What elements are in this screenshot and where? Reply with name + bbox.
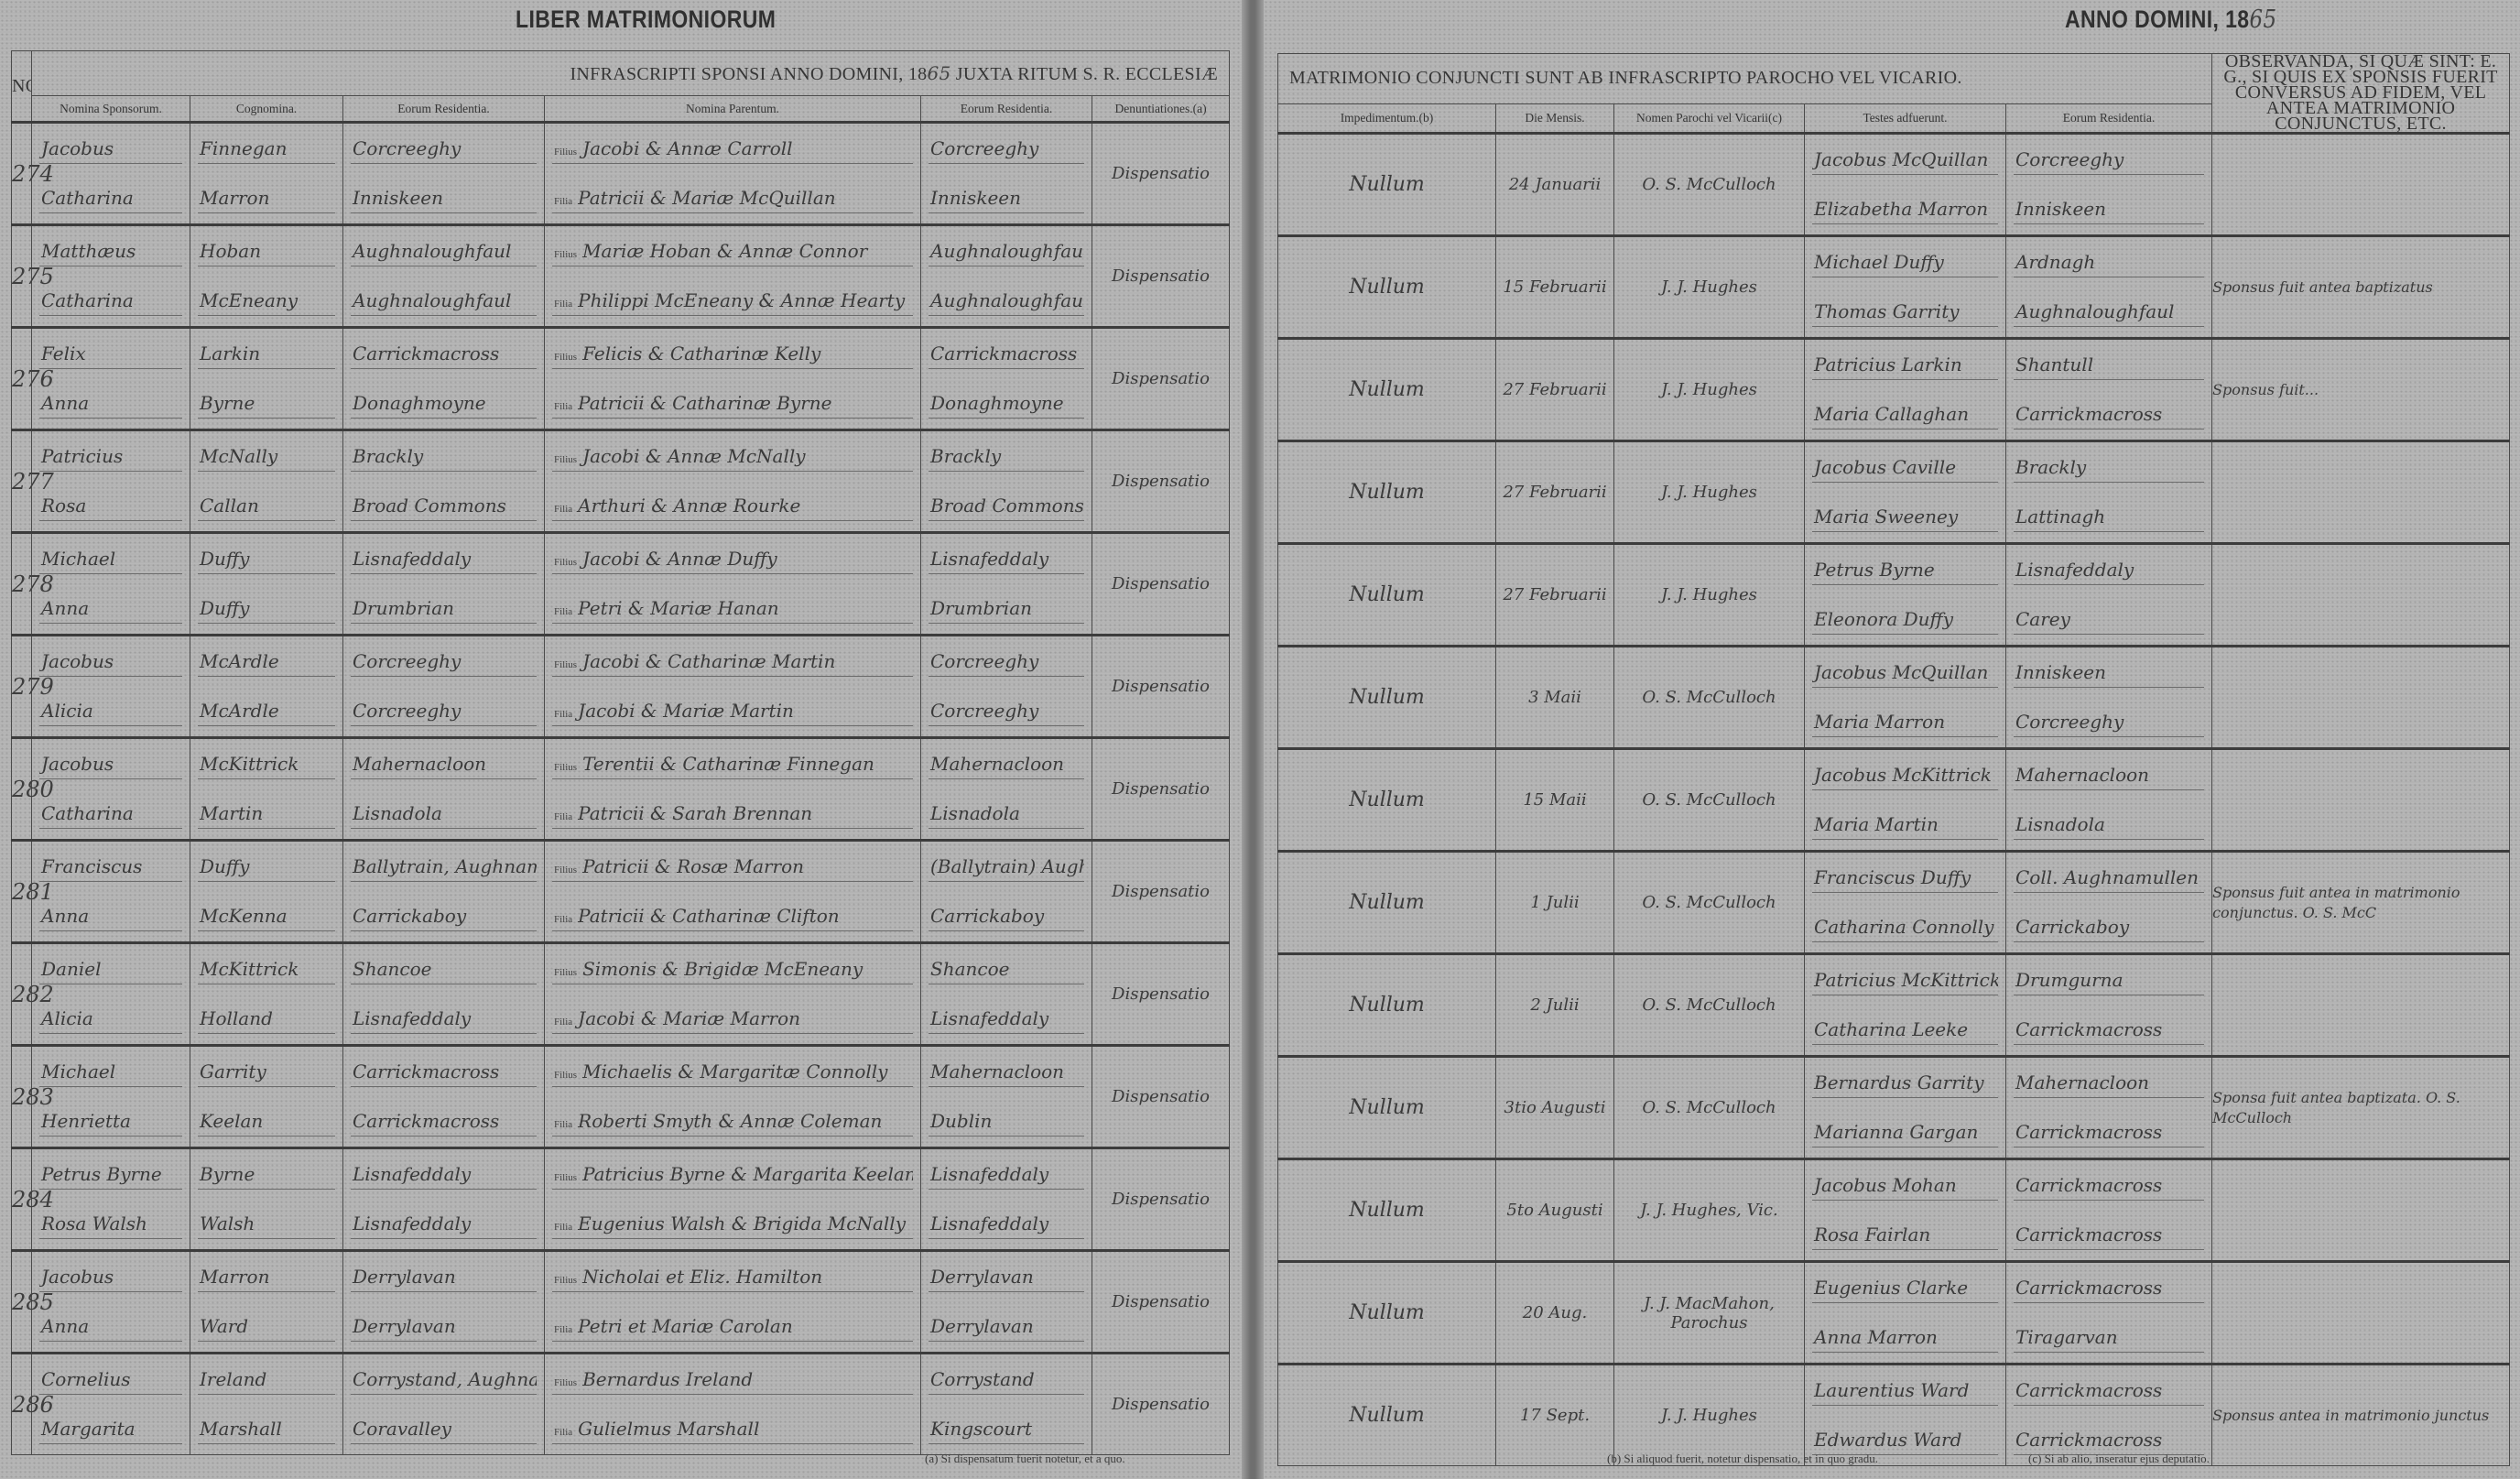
entry-number: 279 — [12, 674, 54, 700]
filia-label: Filia — [554, 606, 572, 617]
residence-cell: CarrickmacrossCarrickmacross — [343, 1046, 545, 1148]
denuntiationes-value: Dispensatio — [1112, 677, 1210, 696]
witness-residences-lower: Carrickmacross — [2015, 1018, 2162, 1040]
die-mensis-cell: 27 Februarii — [1496, 544, 1614, 647]
spouse-names-cell: MatthæusCatharina — [32, 225, 190, 328]
register-entry-left: 281FranciscusAnnaDuffyMcKennaBallytrain,… — [12, 841, 1230, 943]
witnesses-cell: Michael DuffyThomas Garrity — [1805, 236, 2006, 339]
parents-residence-cell: LisnafeddalyDrumbrian — [921, 533, 1092, 636]
denuntiationes-value: Dispensatio — [1112, 369, 1210, 388]
register-entry-right: Nullum27 FebruariiJ. J. HughesPetrus Byr… — [1278, 544, 2510, 647]
entry-number-cell: 276 — [12, 328, 32, 430]
witness-residences: MahernacloonCarrickmacross — [2006, 1058, 2211, 1158]
witness-names-lower: Thomas Garrity — [1814, 300, 1960, 322]
witness-names: Jacobus CavilleMaria Sweeney — [1805, 442, 2005, 542]
spouse-residences: LisnafeddalyLisnafeddaly — [343, 1149, 544, 1249]
die-mensis-cell: 24 Januarii — [1496, 134, 1614, 236]
spouse-surnames: LarkinByrne — [190, 329, 342, 429]
column-header-nomina-sponsorum: Nomina Sponsorum. — [32, 96, 190, 123]
parents-cell: FiliusJacobi & Annæ McNallyFiliaArthuri … — [545, 430, 921, 533]
surnames-cell: McKittrickMartin — [190, 738, 343, 841]
priest-name: O. S. McCulloch — [1642, 893, 1776, 912]
witness-names-lower: Catharina Leeke — [1814, 1018, 1968, 1040]
parents-residence-cell: CarrickmacrossDonaghmoyne — [921, 328, 1092, 430]
register-entry-left: 277PatriciusRosaMcNallyCallanBracklyBroa… — [12, 430, 1230, 533]
column-header-witness-residentia: Eorum Residentia. — [2006, 103, 2212, 133]
witness-residences-lower: Carrickmacross — [2015, 1121, 2162, 1143]
witness-names: Patricius McKittrickCatharina Leeke — [1805, 955, 2005, 1055]
spouse-surnames: MarronWard — [190, 1252, 342, 1352]
spouse-names-cell: JacobusAnna — [32, 1251, 190, 1354]
parents-residence-cell: DerrylavanDerrylavan — [921, 1251, 1092, 1354]
residence-cell: BracklyBroad Commons — [343, 430, 545, 533]
spouse-residences-upper: Lisnafeddaly — [353, 1163, 471, 1185]
entry-number: 280 — [12, 777, 54, 802]
witness-residences: CarrickmacrossCarrickmacross — [2006, 1160, 2211, 1260]
parochus-cell: J. J. Hughes — [1614, 1365, 1805, 1466]
register-entry-left: 278MichaelAnnaDuffyDuffyLisnafeddalyDrum… — [12, 533, 1230, 636]
parent-residences-upper: Mahernacloon — [930, 1060, 1064, 1082]
residence-cell: LisnafeddalyLisnafeddaly — [343, 1148, 545, 1251]
register-entry-left: 283MichaelHenriettaGarrityKeelanCarrickm… — [12, 1046, 1230, 1148]
parent-names: FiliusPatricius Byrne & Margarita Keelan… — [545, 1149, 920, 1249]
residence-cell: LisnafeddalyDrumbrian — [343, 533, 545, 636]
witness-residences-lower: Carrickmacross — [2015, 1429, 2162, 1451]
spouse-names-cell: DanielAlicia — [32, 943, 190, 1046]
impedimentum-cell: Nullum — [1278, 954, 1496, 1057]
entry-number-cell: 285 — [12, 1251, 32, 1354]
spouse-names-upper: Jacobus — [41, 753, 114, 775]
parents-cell: FiliusJacobi & Annæ CarrollFiliaPatricii… — [545, 123, 921, 225]
filia-label: Filia — [554, 196, 572, 207]
left-register-table: No. INFRASCRIPTI SPONSI ANNO DOMINI, 186… — [11, 50, 1230, 1455]
spouse-names-cell: MichaelHenrietta — [32, 1046, 190, 1148]
parent-residences: LisnafeddalyLisnafeddaly — [921, 1149, 1092, 1249]
witnesses-cell: Jacobus CavilleMaria Sweeney — [1805, 441, 2006, 544]
denuntiationes-cell: Dispensatio — [1092, 225, 1230, 328]
parent-residences-upper: Aughnaloughfaul — [930, 240, 1084, 262]
spouse-names-upper: Jacobus — [41, 650, 114, 672]
parochus-cell: J. J. Hughes, Vic. — [1614, 1159, 1805, 1262]
column-header-observanda: Observanda, si quæ sint: e. g., si quis … — [2212, 54, 2510, 134]
parent-names: FiliusTerentii & Catharinæ FinneganFilia… — [545, 739, 920, 839]
spouse-residences: CorcreeghyCorcreeghy — [343, 636, 544, 736]
spouse-names-lower: Anna — [41, 1315, 89, 1337]
filius-label: Filius — [554, 249, 577, 260]
parent-names: FiliusFelicis & Catharinæ KellyFiliaPatr… — [545, 329, 920, 429]
entry-number: 275 — [12, 264, 54, 289]
column-header-impedimentum: Impedimentum.(b) — [1278, 103, 1496, 133]
register-entry-left: 275MatthæusCatharinaHobanMcEneanyAughnal… — [12, 225, 1230, 328]
spouse-names: PatriciusRosa — [32, 431, 190, 531]
parents-cell: FiliusJacobi & Catharinæ MartinFiliaJaco… — [545, 636, 921, 738]
witness-names: Jacobus McQuillanMaria Marron — [1805, 647, 2005, 747]
residence-cell: DerrylavanDerrylavan — [343, 1251, 545, 1354]
impedimentum-cell: Nullum — [1278, 236, 1496, 339]
left-running-head: LIBER MATRIMONIORUM — [516, 5, 776, 34]
impedimentum-value: Nullum — [1349, 891, 1425, 914]
spouse-surnames: FinneganMarron — [190, 124, 342, 223]
register-entry-right: Nullum27 FebruariiJ. J. HughesJacobus Ca… — [1278, 441, 2510, 544]
parent-names-upper: Felicis & Catharinæ Kelly — [582, 343, 820, 364]
observanda-cell — [2212, 749, 2510, 852]
die-mensis-cell: 27 Februarii — [1496, 339, 1614, 441]
spouse-residences-lower: Coravalley — [353, 1418, 451, 1440]
parent-names: FiliusNicholai et Eliz. HamiltonFiliaPet… — [545, 1252, 920, 1352]
parent-names-lower: Jacobi & Mariæ Martin — [578, 700, 794, 722]
witness-residence-cell: CarrickmacrossCarrickmacross — [2006, 1159, 2212, 1262]
denuntiationes-cell: Dispensatio — [1092, 1046, 1230, 1148]
spouse-surnames-upper: Byrne — [200, 1163, 255, 1185]
parent-residences-upper: (Ballytrain) Aughnamullen — [930, 855, 1084, 877]
witness-residences-upper: Inniskeen — [2015, 661, 2106, 683]
witness-residence-cell: BracklyLattinagh — [2006, 441, 2212, 544]
spouse-residences-upper: Carrickmacross — [353, 343, 499, 364]
surnames-cell: McArdleMcArdle — [190, 636, 343, 738]
die-mensis-cell: 20 Aug. — [1496, 1262, 1614, 1365]
observanda-value: Sponsus fuit antea baptizatus — [2212, 278, 2433, 296]
denuntiationes-value: Dispensatio — [1112, 984, 1210, 1004]
witness-names-lower: Rosa Fairlan — [1814, 1223, 1930, 1245]
witness-residence-cell: InniskeenCorcreeghy — [2006, 647, 2212, 749]
impedimentum-cell: Nullum — [1278, 1262, 1496, 1365]
witness-names-upper: Patricius Larkin — [1814, 353, 1962, 375]
impedimentum-value: Nullum — [1349, 994, 1425, 1017]
witness-residences-upper: Coll. Aughnamullen — [2015, 866, 2199, 888]
observanda-cell: Sponsus fuit antea baptizatus — [2212, 236, 2510, 339]
spouse-residences-lower: Donaghmoyne — [353, 392, 486, 414]
register-entry-left: 285JacobusAnnaMarronWardDerrylavanDerryl… — [12, 1251, 1230, 1354]
spouse-surnames: DuffyMcKenna — [190, 842, 342, 941]
parochus-cell: J. J. MacMahon, Parochus — [1614, 1262, 1805, 1365]
witness-residences: ShantullCarrickmacross — [2006, 340, 2211, 440]
spouse-residences-lower: Lisnadola — [353, 802, 442, 824]
observanda-value: Sponsus fuit... — [2212, 381, 2319, 398]
filius-label: Filius — [554, 762, 577, 773]
spouse-residences-lower: Drumbrian — [353, 597, 454, 619]
spouse-names-lower: Catharina — [41, 802, 134, 824]
spouse-names-upper: Petrus Byrne — [41, 1163, 162, 1185]
denuntiationes-value: Dispensatio — [1112, 779, 1210, 799]
witness-names-upper: Franciscus Duffy — [1814, 866, 1971, 888]
witness-names-lower: Maria Marron — [1814, 711, 1945, 733]
spouse-surnames-upper: Larkin — [200, 343, 260, 364]
filia-label: Filia — [554, 401, 572, 412]
spouse-surnames: McArdleMcArdle — [190, 636, 342, 736]
witness-residences: DrumgurnaCarrickmacross — [2006, 955, 2211, 1055]
register-entry-left: 282DanielAliciaMcKittrickHollandShancoeL… — [12, 943, 1230, 1046]
observanda-cell — [2212, 441, 2510, 544]
right-running-head-prefix: ANNO DOMINI, 18 — [2065, 5, 2249, 33]
impedimentum-cell: Nullum — [1278, 544, 1496, 647]
parent-residences: AughnaloughfaulAughnaloughfaul — [921, 226, 1092, 326]
parochus-cell: O. S. McCulloch — [1614, 134, 1805, 236]
witness-names: Patricius LarkinMaria Callaghan — [1805, 340, 2005, 440]
spouse-surnames-upper: Finnegan — [200, 137, 287, 159]
register-entry-right: Nullum3 MaiiO. S. McCullochJacobus McQui… — [1278, 647, 2510, 749]
parents-residence-cell: CorcreeghyCorcreeghy — [921, 636, 1092, 738]
parent-names-upper: Patricius Byrne & Margarita Keelan — [582, 1163, 913, 1185]
column-header-denuntiationes: Denuntiationes.(a) — [1092, 96, 1230, 123]
spouse-names: MichaelAnna — [32, 534, 190, 634]
right-running-head: ANNO DOMINI, 1865 — [2065, 5, 2277, 34]
spouse-residences-lower: Broad Commons — [353, 495, 506, 517]
filius-label: Filius — [554, 967, 577, 978]
denuntiationes-value: Dispensatio — [1112, 266, 1210, 286]
parent-names-upper: Simonis & Brigidæ McEneany — [582, 958, 863, 980]
witness-residence-cell: MahernacloonLisnadola — [2006, 749, 2212, 852]
spouse-names-cell: CorneliusMargarita — [32, 1354, 190, 1455]
spouse-surnames-lower: McKenna — [200, 905, 288, 927]
die-mensis-cell: 15 Maii — [1496, 749, 1614, 852]
witness-names-lower: Eleonora Duffy — [1814, 608, 1953, 630]
witness-residence-cell: CarrickmacrossTiragarvan — [2006, 1262, 2212, 1365]
spouse-surnames-lower: Keelan — [200, 1110, 263, 1132]
parent-names-upper: Jacobi & Annæ Carroll — [582, 137, 792, 159]
observanda-cell — [2212, 647, 2510, 749]
witness-residences-lower: Carrickaboy — [2015, 916, 2129, 938]
denuntiationes-cell: Dispensatio — [1092, 738, 1230, 841]
date-value: 1 Julii — [1530, 893, 1579, 912]
parochus-cell: J. J. Hughes — [1614, 441, 1805, 544]
register-entry-right: Nullum2 JuliiO. S. McCullochPatricius Mc… — [1278, 954, 2510, 1057]
witness-residences-upper: Brackly — [2015, 456, 2086, 478]
parent-names-lower: Roberti Smyth & Annæ Coleman — [578, 1110, 882, 1132]
denuntiationes-value: Dispensatio — [1112, 1190, 1210, 1209]
spouse-names-upper: Jacobus — [41, 1266, 114, 1288]
witness-residences-lower: Carrickmacross — [2015, 1223, 2162, 1245]
residence-cell: CarrickmacrossDonaghmoyne — [343, 328, 545, 430]
entry-number: 278 — [12, 571, 54, 597]
spouse-residences-upper: Aughnaloughfaul — [353, 240, 511, 262]
entry-number: 282 — [12, 982, 54, 1007]
spouse-names: MatthæusCatharina — [32, 226, 190, 326]
witness-residences: InniskeenCorcreeghy — [2006, 647, 2211, 747]
column-header-nomina-parentum: Nomina Parentum. — [545, 96, 921, 123]
die-mensis-cell: 1 Julii — [1496, 852, 1614, 954]
spouse-residences-lower: Corcreeghy — [353, 700, 461, 722]
denuntiationes-cell: Dispensatio — [1092, 123, 1230, 225]
die-mensis-cell: 17 Sept. — [1496, 1365, 1614, 1466]
priest-name: J. J. MacMahon, Parochus — [1644, 1294, 1775, 1332]
filia-label: Filia — [554, 504, 572, 515]
parents-residence-cell: CorrystandKingscourt — [921, 1354, 1092, 1455]
spouse-names-upper: Felix — [41, 343, 86, 364]
column-header-parents-residentia: Eorum Residentia. — [921, 96, 1092, 123]
parent-names-lower: Philippi McEneany & Annæ Hearty — [578, 289, 905, 311]
observanda-value: Sponsus fuit antea in matrimonio conjunc… — [2212, 884, 2460, 921]
spouse-names-upper: Michael — [41, 1060, 115, 1082]
spouse-surnames: McKittrickHolland — [190, 944, 342, 1044]
parochus-cell: O. S. McCulloch — [1614, 1057, 1805, 1159]
spouse-residences: AughnaloughfaulAughnaloughfaul — [343, 226, 544, 326]
parent-residences-lower: Inniskeen — [930, 187, 1021, 209]
register-entry-right: Nullum15 FebruariiJ. J. HughesMichael Du… — [1278, 236, 2510, 339]
priest-name: J. J. Hughes, Vic. — [1640, 1201, 1778, 1220]
parents-cell: FiliusJacobi & Annæ DuffyFiliaPetri & Ma… — [545, 533, 921, 636]
parent-residences-upper: Corrystand — [930, 1368, 1035, 1390]
parent-residences-lower: Carrickaboy — [930, 905, 1044, 927]
impedimentum-cell: Nullum — [1278, 1057, 1496, 1159]
spouse-residences: ShancoeLisnafeddaly — [343, 944, 544, 1044]
filia-label: Filia — [554, 1119, 572, 1130]
entry-number-cell: 286 — [12, 1354, 32, 1455]
surnames-cell: GarrityKeelan — [190, 1046, 343, 1148]
footnote-a: (a) Si dispensatum fuerit notetur, et a … — [925, 1452, 1125, 1466]
column-header-cognomina: Cognomina. — [190, 96, 343, 123]
spouse-surnames-upper: McKittrick — [200, 753, 299, 775]
witness-names-upper: Petrus Byrne — [1814, 559, 1935, 581]
register-entry-left: 276FelixAnnaLarkinByrneCarrickmacrossDon… — [12, 328, 1230, 430]
parents-residence-cell: LisnafeddalyLisnafeddaly — [921, 1148, 1092, 1251]
impedimentum-cell: Nullum — [1278, 441, 1496, 544]
parochus-cell: O. S. McCulloch — [1614, 647, 1805, 749]
spouse-surnames-lower: Marshall — [200, 1418, 282, 1440]
filius-label: Filius — [554, 557, 577, 568]
residence-cell: CorcreeghyInniskeen — [343, 123, 545, 225]
entry-number: 286 — [12, 1392, 54, 1418]
witness-residence-cell: ArdnaghAughnaloughfaul — [2006, 236, 2212, 339]
filius-label: Filius — [554, 454, 577, 465]
witness-residence-cell: Coll. AughnamullenCarrickaboy — [2006, 852, 2212, 954]
parent-names: FiliusJacobi & Catharinæ MartinFiliaJaco… — [545, 636, 920, 736]
spouse-residences-upper: Lisnafeddaly — [353, 548, 471, 570]
spouse-names: JacobusAlicia — [32, 636, 190, 736]
spouse-names-upper: Franciscus — [41, 855, 142, 877]
entry-number: 277 — [12, 469, 54, 495]
witness-names-lower: Maria Callaghan — [1814, 403, 1969, 425]
date-value: 27 Februarii — [1503, 483, 1606, 502]
register-entry-right: Nullum1 JuliiO. S. McCullochFranciscus D… — [1278, 852, 2510, 954]
entry-number-cell: 281 — [12, 841, 32, 943]
column-header-residentia: Eorum Residentia. — [343, 96, 545, 123]
register-entry-right: Nullum15 MaiiO. S. McCullochJacobus McKi… — [1278, 749, 2510, 852]
witness-names-upper: Patricius McKittrick — [1814, 969, 1998, 991]
spouse-names-cell: JacobusAlicia — [32, 636, 190, 738]
spouse-names: FelixAnna — [32, 329, 190, 429]
witness-names-upper: Jacobus McQuillan — [1814, 661, 1988, 683]
parent-residences-lower: Drumbrian — [930, 597, 1032, 619]
parent-residences-lower: Derrylavan — [930, 1315, 1034, 1337]
parent-names-upper: Bernardus Ireland — [582, 1368, 753, 1390]
witness-residence-cell: LisnafeddalyCarey — [2006, 544, 2212, 647]
denuntiationes-cell: Dispensatio — [1092, 533, 1230, 636]
witness-residences-lower: Carrickmacross — [2015, 403, 2162, 425]
observanda-value: Sponsus antea in matrimonio junctus — [2212, 1407, 2489, 1424]
spouse-residences-lower: Carrickmacross — [353, 1110, 499, 1132]
parents-residence-cell: (Ballytrain) AughnamullenCarrickaboy — [921, 841, 1092, 943]
entry-number-cell: 277 — [12, 430, 32, 533]
parent-residences-lower: Dublin — [930, 1110, 992, 1132]
denuntiationes-value: Dispensatio — [1112, 1087, 1210, 1106]
spouse-surnames-upper: McKittrick — [200, 958, 299, 980]
parochus-cell: J. J. Hughes — [1614, 339, 1805, 441]
parochus-cell: O. S. McCulloch — [1614, 954, 1805, 1057]
parent-residences-upper: Corcreeghy — [930, 650, 1038, 672]
spouse-surnames-upper: Hoban — [200, 240, 261, 262]
parents-cell: FiliusTerentii & Catharinæ FinneganFilia… — [545, 738, 921, 841]
impedimentum-value: Nullum — [1349, 583, 1425, 606]
spouse-names-lower: Anna — [41, 597, 89, 619]
priest-name: O. S. McCulloch — [1642, 790, 1776, 810]
witness-names: Laurentius WardEdwardus Ward — [1805, 1365, 2005, 1465]
witness-names-upper: Bernardus Garrity — [1814, 1071, 1984, 1093]
register-entry-left: 274JacobusCatharinaFinneganMarronCorcree… — [12, 123, 1230, 225]
witness-residence-cell: MahernacloonCarrickmacross — [2006, 1057, 2212, 1159]
parent-residences: CorcreeghyInniskeen — [921, 124, 1092, 223]
parent-residences-lower: Lisnafeddaly — [930, 1213, 1048, 1234]
filius-label: Filius — [554, 1070, 577, 1081]
date-value: 3tio Augusti — [1504, 1098, 1606, 1117]
date-value: 15 Maii — [1523, 790, 1586, 810]
observanda-cell: Sponsus fuit antea in matrimonio conjunc… — [2212, 852, 2510, 954]
spouse-residences: CarrickmacrossDonaghmoyne — [343, 329, 544, 429]
impedimentum-value: Nullum — [1349, 1199, 1425, 1222]
entry-number-cell: 275 — [12, 225, 32, 328]
filius-label: Filius — [554, 1275, 577, 1286]
spouse-names-cell: FranciscusAnna — [32, 841, 190, 943]
surnames-cell: McKittrickHolland — [190, 943, 343, 1046]
witnesses-cell: Jacobus McQuillanMaria Marron — [1805, 647, 2006, 749]
surnames-cell: DuffyDuffy — [190, 533, 343, 636]
witness-names-lower: Marianna Gargan — [1814, 1121, 1978, 1143]
date-value: 17 Sept. — [1520, 1406, 1590, 1425]
spouse-residences-upper: Corrystand, Aughnamullen — [353, 1368, 537, 1390]
entry-number-cell: 274 — [12, 123, 32, 225]
parent-residences-upper: Lisnafeddaly — [930, 1163, 1048, 1185]
surnames-cell: FinneganMarron — [190, 123, 343, 225]
register-entry-right: Nullum17 Sept.J. J. HughesLaurentius War… — [1278, 1365, 2510, 1466]
filius-label: Filius — [554, 147, 577, 158]
witness-residence-cell: CorcreeghyInniskeen — [2006, 134, 2212, 236]
parent-names-lower: Arthuri & Annæ Rourke — [578, 495, 800, 517]
witness-names: Petrus ByrneEleonora Duffy — [1805, 545, 2005, 645]
witness-names: Bernardus GarrityMarianna Gargan — [1805, 1058, 2005, 1158]
register-entry-left: 280JacobusCatharinaMcKittrickMartinMaher… — [12, 738, 1230, 841]
spouse-names-upper: Patricius — [41, 445, 123, 467]
parent-residences-upper: Mahernacloon — [930, 753, 1064, 775]
spouse-residences: MahernacloonLisnadola — [343, 739, 544, 839]
spouse-surnames-upper: McNally — [200, 445, 277, 467]
filius-label: Filius — [554, 1172, 577, 1183]
date-value: 15 Februarii — [1503, 277, 1606, 297]
denuntiationes-cell: Dispensatio — [1092, 943, 1230, 1046]
spouse-names-lower: Rosa — [41, 495, 86, 517]
parent-names: FiliusJacobi & Annæ CarrollFiliaPatricii… — [545, 124, 920, 223]
parent-names-lower: Patricii & Catharinæ Clifton — [578, 905, 840, 927]
spouse-names-cell: FelixAnna — [32, 328, 190, 430]
witness-names-lower: Maria Sweeney — [1814, 506, 1958, 527]
parochus-cell: O. S. McCulloch — [1614, 852, 1805, 954]
witness-residences: LisnafeddalyCarey — [2006, 545, 2211, 645]
priest-name: O. S. McCulloch — [1642, 1098, 1776, 1117]
parent-residences-upper: Corcreeghy — [930, 137, 1038, 159]
spouse-names-lower: Catharina — [41, 187, 134, 209]
parents-cell: FiliusPatricii & Rosæ MarronFiliaPatrici… — [545, 841, 921, 943]
parent-residences: CorrystandKingscourt — [921, 1354, 1092, 1454]
parent-residences-upper: Lisnafeddaly — [930, 548, 1048, 570]
spouse-names: JacobusCatharina — [32, 124, 190, 223]
parent-names-lower: Eugenius Walsh & Brigida McNally — [578, 1213, 906, 1234]
parent-names-lower: Patricii & Sarah Brennan — [578, 802, 812, 824]
date-value: 24 Januarii — [1509, 175, 1602, 194]
entry-number-cell: 279 — [12, 636, 32, 738]
impedimentum-cell: Nullum — [1278, 852, 1496, 954]
spouse-names-lower: Catharina — [41, 289, 134, 311]
spouse-residences-lower: Aughnaloughfaul — [353, 289, 511, 311]
impedimentum-value: Nullum — [1349, 481, 1425, 504]
witness-names-upper: Eugenius Clarke — [1814, 1277, 1968, 1299]
